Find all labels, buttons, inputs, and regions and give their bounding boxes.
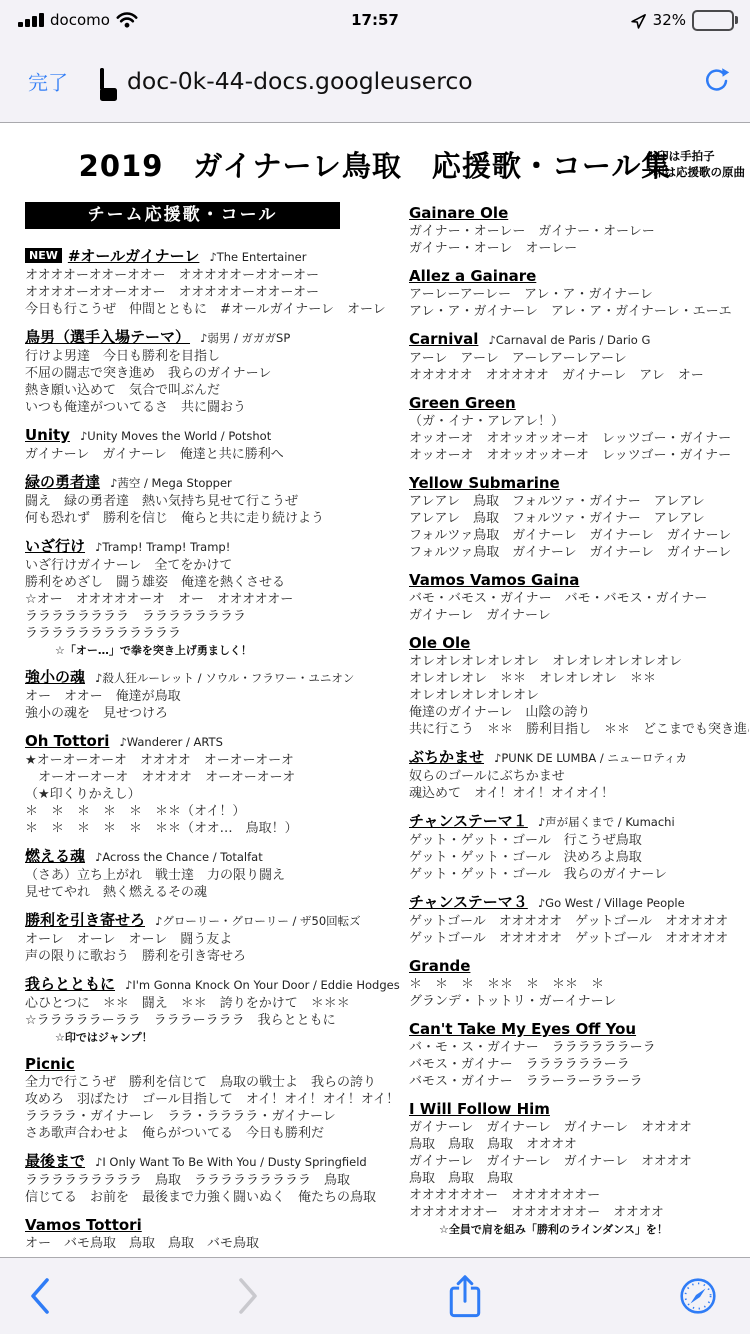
share-up-arrow-icon bbox=[448, 1274, 482, 1319]
lyric-line: オオオオオオー オオオオオオー オオオオ bbox=[409, 1204, 749, 1221]
song-section-header: Gainare Ole bbox=[409, 203, 749, 223]
song-title: Gainare Ole bbox=[409, 204, 508, 222]
lyric-line: オー バモ鳥取 鳥取 鳥取 バモ鳥取 bbox=[25, 1235, 401, 1252]
lyric-line: オーレ オーレ オーレ 闘う友よ bbox=[25, 931, 401, 948]
battery-icon bbox=[692, 10, 738, 31]
lyric-line: いつも俺達がついてるさ 共に闘おう bbox=[25, 399, 401, 416]
song-section-header: Grande bbox=[409, 956, 749, 976]
lyric-line: 俺達のガイナーレ 山陰の誇り bbox=[409, 704, 749, 721]
song-title: 強小の魂 bbox=[25, 668, 85, 686]
song-footnote: ☆印ではジャンプ！ bbox=[55, 1030, 401, 1045]
song-section: 鳥男（選手入場テーマ）♪弱男 / ガガガSP行けよ男達 今日も勝利を目指し不屈の… bbox=[25, 327, 401, 416]
lyric-line: 心ひとつに ＊＊ 闘え ＊＊ 誇りをかけて ＊＊＊ bbox=[25, 995, 401, 1012]
lyric-line: オオオオオオー オオオオオオー bbox=[409, 1187, 749, 1204]
lyric-line: ＊ ＊ ＊ ＊ ＊ ＊＊（オオ… 鳥取！） bbox=[25, 820, 401, 837]
chevron-left-icon bbox=[28, 1276, 52, 1316]
song-source-note: ♪I'm Gonna Knock On Your Door / Eddie Ho… bbox=[125, 978, 400, 992]
song-section-header: Unity♪Unity Moves the World / Potshot bbox=[25, 425, 401, 446]
song-source-note: ♪Go West / Village People bbox=[538, 896, 685, 910]
lyric-line: ☆オー オオオオオーオ オー オオオオオー bbox=[25, 591, 401, 608]
song-title: Carnival bbox=[409, 330, 478, 348]
song-source-note: ♪グローリー・グローリー / ザ50回転ズ bbox=[155, 914, 361, 928]
lyric-line: 今日も行こうぜ 仲間とともに #オールガイナーレ オーレ bbox=[25, 301, 401, 318]
status-bar: docomo 17:57 32% bbox=[0, 0, 750, 40]
iphone-screen: docomo 17:57 32% 完了 doc-0k-44-docs.googl… bbox=[0, 0, 750, 1334]
lyric-line: バ・モ・ス・ガイナー ララララララーラ bbox=[409, 1039, 749, 1056]
song-section: Ole Oleオレオレオレオレオレ オレオレオレオレオレオレオレオレ ＊＊ オレ… bbox=[409, 633, 749, 738]
lyric-line: アレアレ 鳥取 フォルツァ・ガイナー アレアレ bbox=[409, 510, 749, 527]
legend: ＊印は手拍子 ♪印は応援歌の原曲 bbox=[646, 148, 745, 180]
song-source-note: ♪殺人狂ルーレット / ソウル・フラワー・ユニオン bbox=[95, 671, 354, 685]
lyric-line: ガイナー・オーレ オーレー bbox=[409, 240, 749, 257]
song-section-header: 最後まで♪I Only Want To Be With You / Dusty … bbox=[25, 1151, 401, 1172]
lyric-line: バモス・ガイナー ララーラーララーラ bbox=[409, 1073, 749, 1090]
song-section-header: 燃える魂♪Across the Chance / Totalfat bbox=[25, 846, 401, 867]
song-title: Oh Tottori bbox=[25, 732, 109, 750]
song-title: いざ行け bbox=[25, 537, 85, 555]
song-source-note: ♪Carnaval de Paris / Dario G bbox=[488, 333, 650, 347]
song-section: Unity♪Unity Moves the World / Potshotガイナ… bbox=[25, 425, 401, 463]
song-section: 我らとともに♪I'm Gonna Knock On Your Door / Ed… bbox=[25, 974, 401, 1045]
lyric-line: さあ歌声合わせよ 俺らがついてる 今日も勝利だ bbox=[25, 1125, 401, 1142]
lyric-line: オー オオー 俺達が鳥取 bbox=[25, 688, 401, 705]
song-section: Yellow Submarineアレアレ 鳥取 フォルツァ・ガイナー アレアレア… bbox=[409, 473, 749, 561]
left-sections: NEW#オールガイナーレ♪The Entertainerオオオオーオオーオオー … bbox=[25, 246, 401, 1252]
lyric-line: ララララララララララララ bbox=[25, 625, 401, 642]
song-title: Ole Ole bbox=[409, 634, 470, 652]
song-title: 勝利を引き寄せろ bbox=[25, 911, 145, 929]
team-songs-banner: チーム応援歌・コール bbox=[25, 202, 340, 229]
song-source-note: ♪I Only Want To Be With You / Dusty Spri… bbox=[95, 1155, 367, 1169]
song-section: Can't Take My Eyes Off Youバ・モ・ス・ガイナー ラララ… bbox=[409, 1019, 749, 1090]
song-title: Green Green bbox=[409, 394, 516, 412]
song-section: 強小の魂♪殺人狂ルーレット / ソウル・フラワー・ユニオンオー オオー 俺達が鳥… bbox=[25, 667, 401, 722]
lyric-line: 行けよ男達 今日も勝利を目指し bbox=[25, 348, 401, 365]
song-section: NEW#オールガイナーレ♪The Entertainerオオオオーオオーオオー … bbox=[25, 246, 401, 318]
song-section: 燃える魂♪Across the Chance / Totalfat（さあ）立ち上… bbox=[25, 846, 401, 901]
song-section-header: Ole Ole bbox=[409, 633, 749, 653]
lyric-line: オーオーオーオ オオオオ オーオーオーオ bbox=[25, 769, 401, 786]
lyric-line: フォルツァ鳥取 ガイナーレ ガイナーレ ガイナーレ bbox=[409, 527, 749, 544]
song-source-note: ♪Tramp! Tramp! Tramp! bbox=[95, 540, 230, 554]
song-title: Can't Take My Eyes Off You bbox=[409, 1020, 636, 1038]
lyric-line: ララララ・ガイナーレ ララ・ララララ・ガイナーレ bbox=[25, 1108, 401, 1125]
lyric-line: バモス・ガイナー ララララララーラ bbox=[409, 1056, 749, 1073]
lyric-line: 共に行こう ＊＊ 勝利目指し ＊＊ どこまでも突き進め bbox=[409, 721, 749, 738]
song-section-header: 勝利を引き寄せろ♪グローリー・グローリー / ザ50回転ズ bbox=[25, 910, 401, 931]
song-section: Grande＊ ＊ ＊ ＊＊ ＊ ＊＊ ＊グランデ・トットリ・ガーイナーレ bbox=[409, 956, 749, 1010]
legend-origin-note: ♪印は応援歌の原曲 bbox=[646, 164, 745, 180]
song-title: チャンステーマ３ bbox=[409, 893, 528, 911]
song-section: Allez a Gainareアーレーアーレー アレ・ア・ガイナーレアレ・ア・ガ… bbox=[409, 266, 749, 320]
song-title: 緑の勇者達 bbox=[25, 473, 100, 491]
lyric-line: （★印くりかえし） bbox=[25, 786, 401, 803]
song-section-header: I Will Follow Him bbox=[409, 1099, 749, 1119]
song-title: Picnic bbox=[25, 1055, 75, 1073]
lyric-line: オレオレオレオレオレ オレオレオレオレオレ bbox=[409, 653, 749, 670]
lyric-line: ★オーオーオーオ オオオオ オーオーオーオ bbox=[25, 752, 401, 769]
lyric-line: 強小の魂を 見せつけろ bbox=[25, 705, 401, 722]
song-section-header: Carnival♪Carnaval de Paris / Dario G bbox=[409, 329, 749, 350]
lyric-line: ガイナーレ ガイナーレ ガイナーレ オオオオ bbox=[409, 1119, 749, 1136]
document-title: 2019 ガイナーレ鳥取 応援歌・コール集 bbox=[0, 144, 750, 185]
song-section-header: ぶちかませ♪PUNK DE LUMBA / ニューロティカ bbox=[409, 747, 749, 768]
song-section: Gainare Oleガイナー・オーレー ガイナー・オーレーガイナー・オーレ オ… bbox=[409, 203, 749, 257]
song-section: 緑の勇者達♪茜空 / Mega Stopper闘え 緑の勇者達 熱い気持ち見せて… bbox=[25, 472, 401, 527]
lyric-line: 信じてる お前を 最後まで力強く闘いぬく 俺たちの鳥取 bbox=[25, 1189, 401, 1206]
lyric-line: ラララララララララ 鳥取 ラララララララララ 鳥取 bbox=[25, 1172, 401, 1189]
song-title: チャンステーマ１ bbox=[409, 812, 528, 830]
song-title: I Will Follow Him bbox=[409, 1100, 550, 1118]
lyric-line: オオオオーオオーオオー オオオオオーオオーオー bbox=[25, 267, 401, 284]
location-arrow-icon bbox=[630, 12, 647, 29]
song-section-header: Allez a Gainare bbox=[409, 266, 749, 286]
song-section: チャンステーマ１♪声が届くまで / Kumachiゲット・ゲット・ゴール 行こう… bbox=[409, 811, 749, 883]
song-title: #オールガイナーレ bbox=[68, 247, 200, 265]
lyric-line: オオオオオ オオオオオ ガイナーレ アレ オー bbox=[409, 367, 749, 384]
lyric-line: アーレ アーレ アーレアーレアーレ bbox=[409, 350, 749, 367]
song-title: Allez a Gainare bbox=[409, 267, 536, 285]
song-source-note: ♪茜空 / Mega Stopper bbox=[110, 476, 232, 490]
song-title: Grande bbox=[409, 957, 470, 975]
song-section-header: いざ行け♪Tramp! Tramp! Tramp! bbox=[25, 536, 401, 557]
song-section: Oh Tottori♪Wanderer / ARTS★オーオーオーオ オオオオ … bbox=[25, 731, 401, 837]
safari-compass-icon bbox=[678, 1276, 718, 1316]
lyric-line: ゲットゴール オオオオオ ゲットゴール オオオオオ bbox=[409, 930, 749, 947]
lyric-line: オッオーオ オオッオッオーオ レッツゴー・ガイナー bbox=[409, 447, 749, 464]
song-source-note: ♪弱男 / ガガガSP bbox=[200, 331, 290, 345]
document-viewport[interactable]: 2019 ガイナーレ鳥取 応援歌・コール集 ＊印は手拍子 ♪印は応援歌の原曲 チ… bbox=[0, 124, 750, 1257]
lyric-line: （さあ）立ち上がれ 戦士達 力の限り闘え bbox=[25, 867, 401, 884]
song-section: Green Green（ガ・イナ・アレアレ！）オッオーオ オオッオッオーオ レッ… bbox=[409, 393, 749, 464]
song-title: 燃える魂 bbox=[25, 847, 85, 865]
lyric-line: ゲット・ゲット・ゴール 決めろよ鳥取 bbox=[409, 849, 749, 866]
done-button[interactable]: 完了 bbox=[28, 67, 68, 96]
lyric-line: ゲット・ゲット・ゴール 行こうぜ鳥取 bbox=[409, 832, 749, 849]
lyric-line: 魂込めて オイ！オイ！オイオイ！ bbox=[409, 785, 749, 802]
song-section: Carnival♪Carnaval de Paris / Dario Gアーレ … bbox=[409, 329, 749, 384]
open-in-safari-button[interactable] bbox=[678, 1276, 718, 1316]
lyric-line: 奴らのゴールにぶちかませ bbox=[409, 768, 749, 785]
song-section-header: Vamos Vamos Gaina bbox=[409, 570, 749, 590]
lyric-line: ガイナーレ ガイナーレ bbox=[409, 607, 749, 624]
right-column: Gainare Oleガイナー・オーレー ガイナー・オーレーガイナー・オーレ オ… bbox=[409, 194, 749, 1237]
song-section: Vamos Vamos Gainaバモ・バモス・ガイナー バモ・バモス・ガイナー… bbox=[409, 570, 749, 624]
lyric-line: ガイナーレ ガイナーレ 俺達と共に勝利へ bbox=[25, 446, 401, 463]
song-source-note: ♪Across the Chance / Totalfat bbox=[95, 850, 263, 864]
lyric-line: ララララララララ ララララララララ bbox=[25, 608, 401, 625]
song-section-header: 緑の勇者達♪茜空 / Mega Stopper bbox=[25, 472, 401, 493]
lyric-line: ゲットゴール オオオオオ ゲットゴール オオオオオ bbox=[409, 913, 749, 930]
song-source-note: ♪Unity Moves the World / Potshot bbox=[80, 429, 271, 443]
battery-percent-label: 32% bbox=[653, 11, 686, 29]
lyric-line: いざ行けガイナーレ 全てをかけて bbox=[25, 557, 401, 574]
song-source-note: ♪声が届くまで / Kumachi bbox=[538, 815, 675, 829]
song-title: Yellow Submarine bbox=[409, 474, 560, 492]
lyric-line: ☆ラララララーララ ラララーラララ 我らとともに bbox=[25, 1012, 401, 1029]
back-button[interactable] bbox=[28, 1276, 52, 1316]
lyric-line: ＊ ＊ ＊ ＊＊ ＊ ＊＊ ＊ bbox=[409, 976, 749, 993]
new-badge: NEW bbox=[25, 248, 62, 263]
lyric-line: ガイナーレ ガイナーレ ガイナーレ オオオオ bbox=[409, 1153, 749, 1170]
song-section: 最後まで♪I Only Want To Be With You / Dusty … bbox=[25, 1151, 401, 1206]
song-section-header: NEW#オールガイナーレ♪The Entertainer bbox=[25, 246, 401, 267]
lyric-line: 闘え 緑の勇者達 熱い気持ち見せて行こうぜ bbox=[25, 493, 401, 510]
lyric-line: バモ・バモス・ガイナー バモ・バモス・ガイナー bbox=[409, 590, 749, 607]
song-section-header: Green Green bbox=[409, 393, 749, 413]
song-section: ぶちかませ♪PUNK DE LUMBA / ニューロティカ奴らのゴールにぶちかま… bbox=[409, 747, 749, 802]
left-column: チーム応援歌・コール NEW#オールガイナーレ♪The Entertainerオ… bbox=[25, 202, 401, 1252]
lock-icon bbox=[100, 70, 117, 94]
refresh-button[interactable] bbox=[703, 68, 730, 95]
song-section: Picnic全力で行こうぜ 勝利を信じて 鳥取の戦士よ 我らの誇り攻めろ 羽ばた… bbox=[25, 1054, 401, 1142]
song-section-header: Picnic bbox=[25, 1054, 401, 1074]
lyric-line: オレオレオレオレオレ bbox=[409, 687, 749, 704]
song-footnote: ☆全員で肩を組み「勝利のラインダンス」を！ bbox=[439, 1222, 749, 1237]
song-source-note: ♪Wanderer / ARTS bbox=[119, 735, 223, 749]
song-section-header: チャンステーマ１♪声が届くまで / Kumachi bbox=[409, 811, 749, 832]
song-section-header: Yellow Submarine bbox=[409, 473, 749, 493]
lyric-line: ガイナー・オーレー ガイナー・オーレー bbox=[409, 223, 749, 240]
song-section: I Will Follow Himガイナーレ ガイナーレ ガイナーレ オオオオ鳥… bbox=[409, 1099, 749, 1237]
share-button[interactable] bbox=[448, 1274, 482, 1319]
lyric-line: アレ・ア・ガイナーレ アレ・ア・ガイナーレ・エーエ bbox=[409, 303, 749, 320]
lyric-line: オレオレオレ ＊＊ オレオレオレ ＊＊ bbox=[409, 670, 749, 687]
song-title: Vamos Tottori bbox=[25, 1216, 142, 1234]
song-section-header: 鳥男（選手入場テーマ）♪弱男 / ガガガSP bbox=[25, 327, 401, 348]
url-text[interactable]: doc-0k-44-docs.googleuserco bbox=[127, 67, 688, 95]
lyric-line: 不屈の闘志で突き進め 我らのガイナーレ bbox=[25, 365, 401, 382]
song-source-note: ♪PUNK DE LUMBA / ニューロティカ bbox=[494, 751, 687, 765]
song-section-header: 我らとともに♪I'm Gonna Knock On Your Door / Ed… bbox=[25, 974, 401, 995]
lyric-line: 熱き願い込めて 気合で叫ぶんだ bbox=[25, 382, 401, 399]
song-title: 鳥男（選手入場テーマ） bbox=[25, 328, 190, 346]
song-title: ぶちかませ bbox=[409, 748, 484, 766]
song-section-header: Vamos Tottori bbox=[25, 1215, 401, 1235]
safari-toolbar bbox=[0, 1257, 750, 1334]
song-section-header: Can't Take My Eyes Off You bbox=[409, 1019, 749, 1039]
lyric-line: 見せてやれ 熱く燃えるその魂 bbox=[25, 884, 401, 901]
song-section-header: 強小の魂♪殺人狂ルーレット / ソウル・フラワー・ユニオン bbox=[25, 667, 401, 688]
song-section: チャンステーマ３♪Go West / Village Peopleゲットゴール … bbox=[409, 892, 749, 947]
lyric-line: アーレーアーレー アレ・ア・ガイナーレ bbox=[409, 286, 749, 303]
song-section: いざ行け♪Tramp! Tramp! Tramp!いざ行けガイナーレ 全てをかけ… bbox=[25, 536, 401, 658]
song-title: 最後まで bbox=[25, 1152, 85, 1170]
lyric-line: 全力で行こうぜ 勝利を信じて 鳥取の戦士よ 我らの誇り bbox=[25, 1074, 401, 1091]
lyric-line: オオオオーオオーオオー オオオオオーオオーオー bbox=[25, 284, 401, 301]
status-bar-right: 32% bbox=[630, 0, 738, 40]
lyric-line: （ガ・イナ・アレアレ！） bbox=[409, 413, 749, 430]
lyric-line: ＊ ＊ ＊ ＊ ＊ ＊＊（オイ！） bbox=[25, 803, 401, 820]
chevron-right-icon bbox=[236, 1276, 260, 1316]
lyric-line: 攻めろ 羽ばたけ ゴール目指して オイ！オイ！オイ！オイ！ bbox=[25, 1091, 401, 1108]
lyric-line: フォルツァ鳥取 ガイナーレ ガイナーレ ガイナーレ bbox=[409, 544, 749, 561]
lyric-line: 鳥取 鳥取 鳥取 bbox=[409, 1170, 749, 1187]
lyric-line: 鳥取 鳥取 鳥取 オオオオ bbox=[409, 1136, 749, 1153]
song-section: 勝利を引き寄せろ♪グローリー・グローリー / ザ50回転ズオーレ オーレ オーレ… bbox=[25, 910, 401, 965]
song-section-header: チャンステーマ３♪Go West / Village People bbox=[409, 892, 749, 913]
song-section-header: Oh Tottori♪Wanderer / ARTS bbox=[25, 731, 401, 752]
lyric-line: 声の限りに歌おう 勝利を引き寄せろ bbox=[25, 948, 401, 965]
song-source-note: ♪The Entertainer bbox=[209, 250, 306, 264]
lyric-line: グランデ・トットリ・ガーイナーレ bbox=[409, 993, 749, 1010]
lyric-line: アレアレ 鳥取 フォルツァ・ガイナー アレアレ bbox=[409, 493, 749, 510]
lyric-line: 勝利をめざし 闘う雄姿 俺達を熱くさせる bbox=[25, 574, 401, 591]
legend-clap-note: ＊印は手拍子 bbox=[646, 148, 745, 164]
safari-url-bar: 完了 doc-0k-44-docs.googleuserco bbox=[0, 40, 750, 123]
song-footnote: ☆「オー…」で拳を突き上げ勇ましく！ bbox=[55, 643, 401, 658]
lyric-line: 何も恐れず 勝利を信じ 俺らと共に走り続けよう bbox=[25, 510, 401, 527]
forward-button[interactable] bbox=[236, 1276, 260, 1316]
lyric-line: オッオーオ オオッオッオーオ レッツゴー・ガイナー bbox=[409, 430, 749, 447]
song-section: Vamos Tottoriオー バモ鳥取 鳥取 鳥取 バモ鳥取 bbox=[25, 1215, 401, 1252]
song-title: Vamos Vamos Gaina bbox=[409, 571, 579, 589]
lyric-line: ゲット・ゲット・ゴール 我らのガイナーレ bbox=[409, 866, 749, 883]
song-title: 我らとともに bbox=[25, 975, 115, 993]
song-title: Unity bbox=[25, 426, 70, 444]
